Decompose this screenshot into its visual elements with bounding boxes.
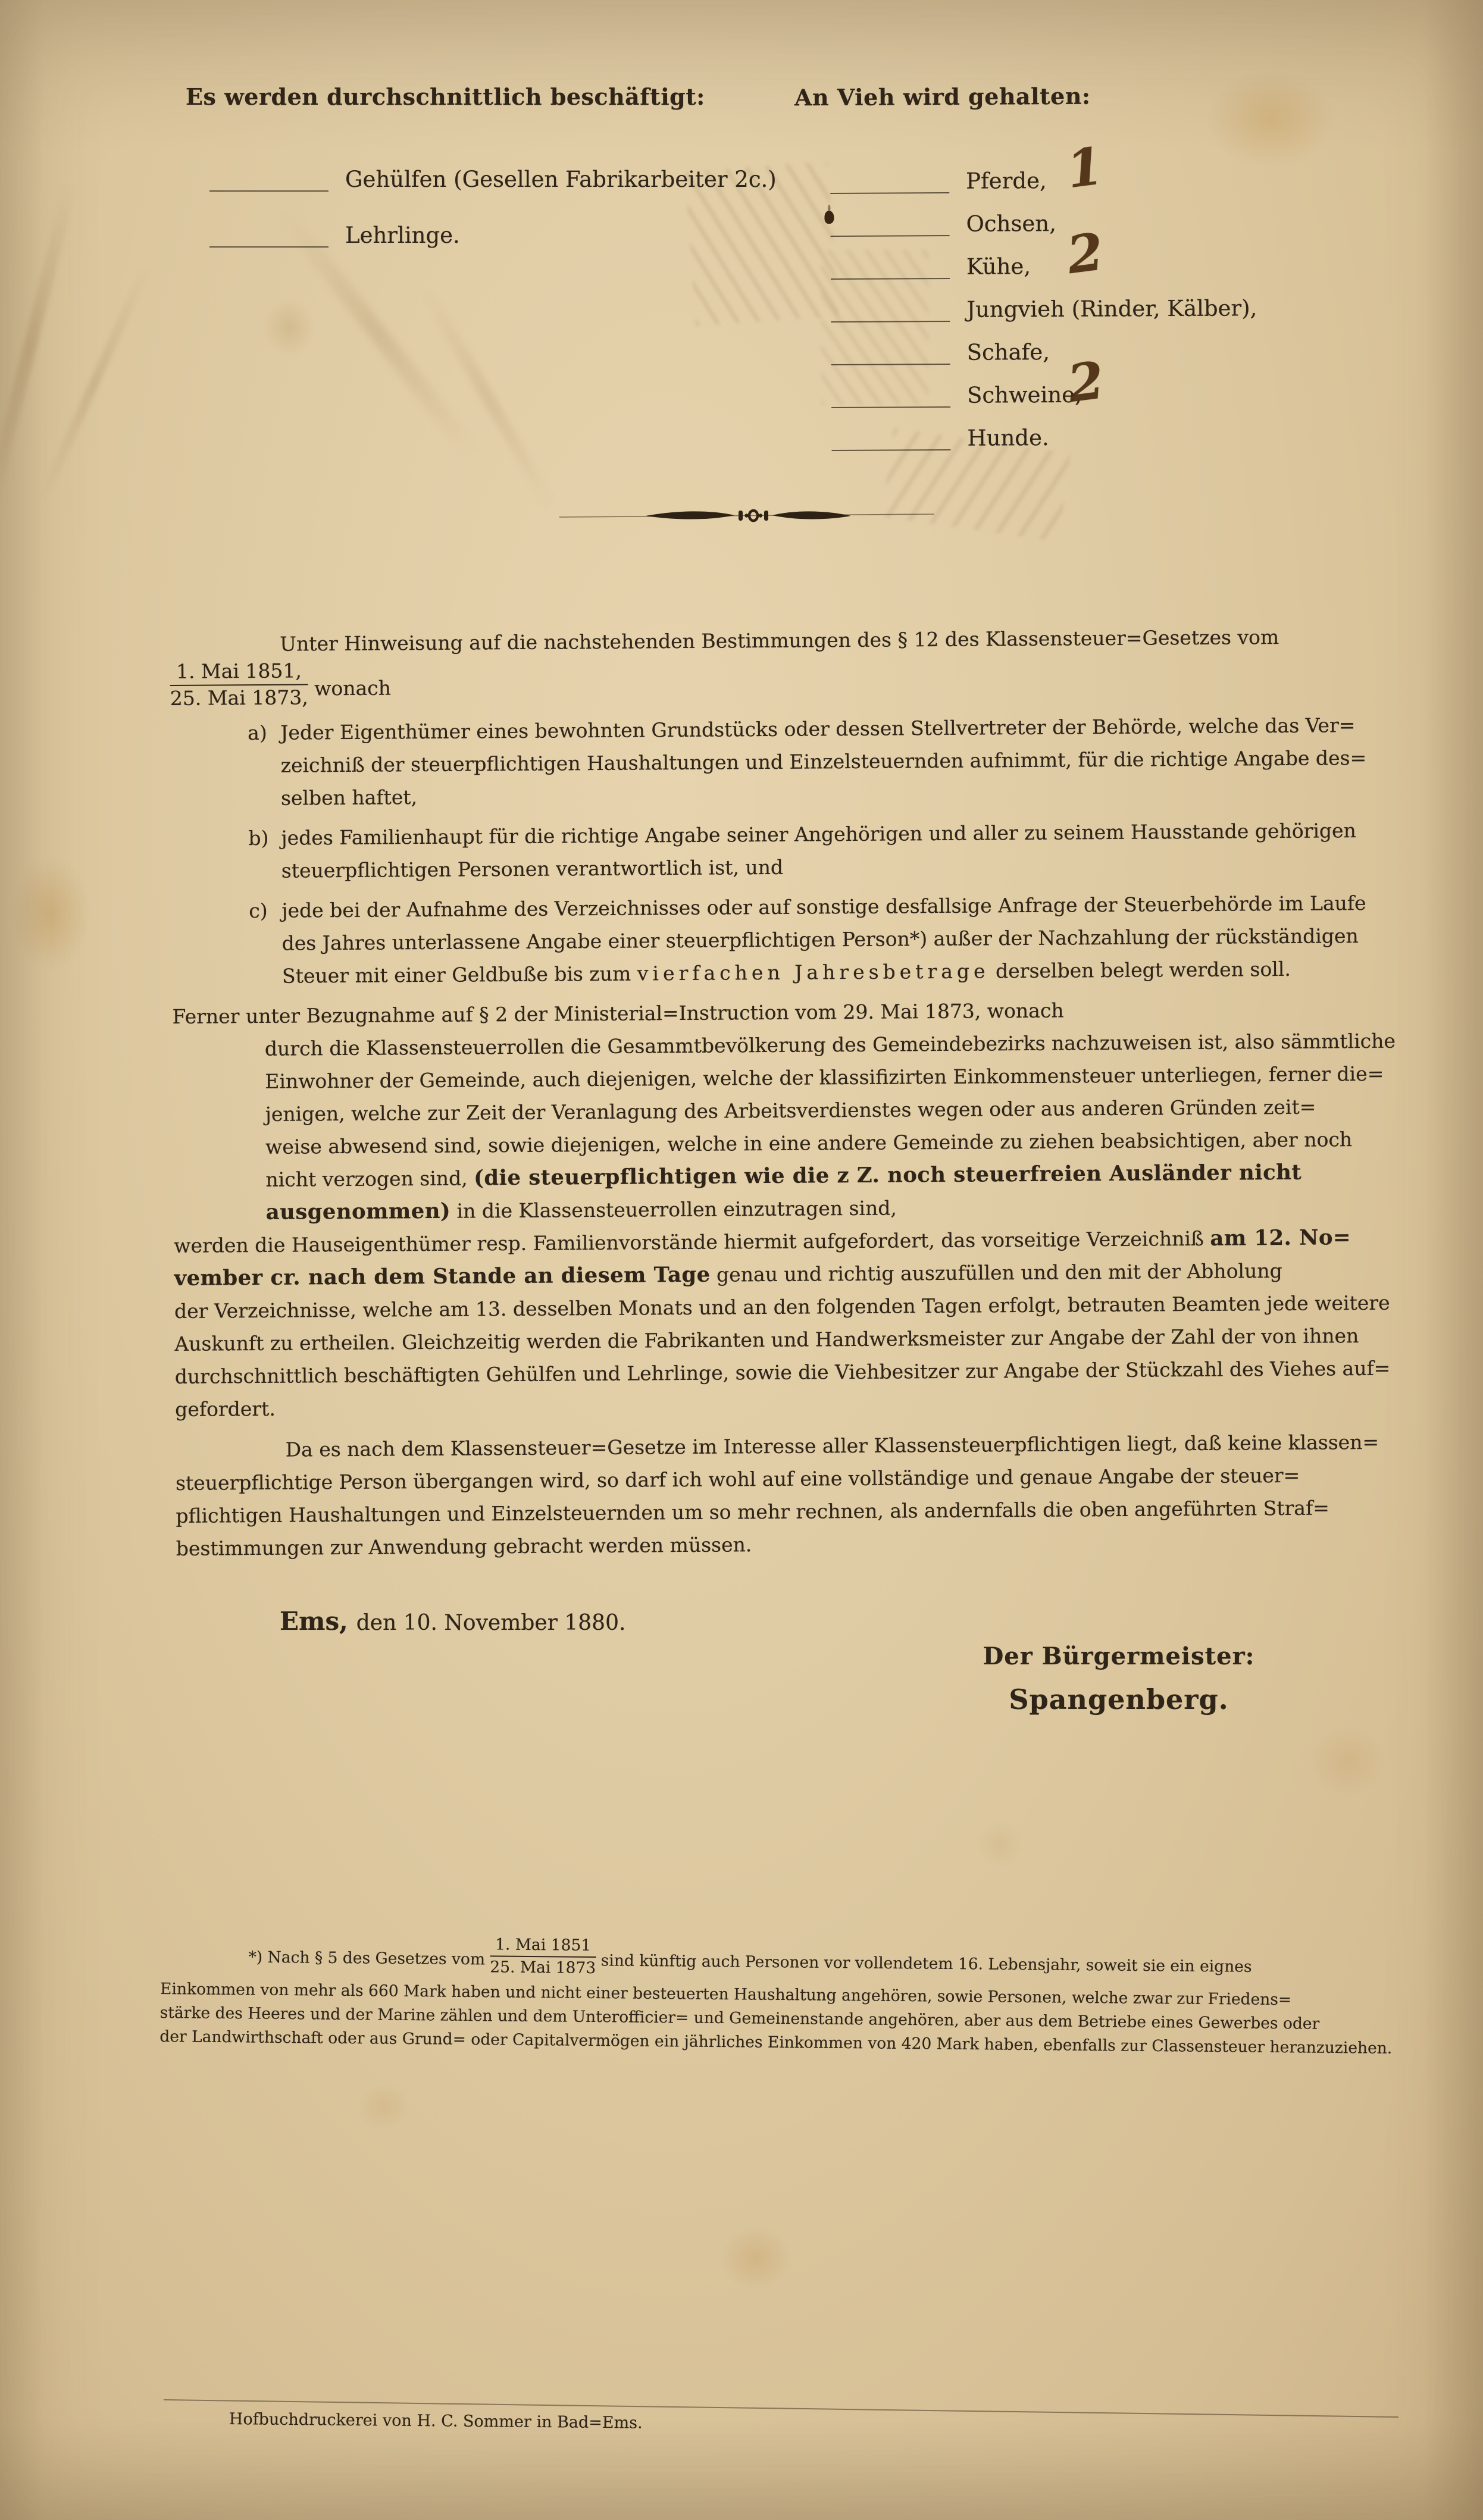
text-line: 1. Mai 1851,25. Mai 1873, wonach [170, 652, 1432, 710]
text-segment: Einwohner der Gemeinde, auch diejenigen,… [265, 1062, 1384, 1093]
text-segment: am 12. No= [1210, 1225, 1351, 1251]
text-segment: Da es nach dem Klassensteuer=Gesetze im … [286, 1430, 1379, 1461]
paper-stain [262, 298, 315, 357]
text-segment: weise abwesend sind, sowie diejenigen, w… [265, 1128, 1352, 1159]
form-entry: Jungvieh (Rinder, Kälber), [831, 290, 1257, 323]
paper-stain [1309, 1726, 1387, 1797]
text-segment: des Jahres unterlassene Angabe einer ste… [282, 924, 1359, 955]
text-segment: der Verzeichnisse, welche am 13. desselb… [174, 1291, 1390, 1323]
form-entry: Schweine,2 [831, 377, 1082, 408]
paragraph: Unter Hinweisung auf die nachstehenden B… [170, 619, 1432, 710]
text-segment: derselben belegt werden soll. [989, 957, 1291, 983]
text-segment: *) Nach § 5 des Gesetzes vom [248, 1948, 490, 1969]
date-line: Ems,den 10. November 1880. [280, 1607, 625, 1636]
text-segment: vember cr. nach dem Stande an diesem Tag… [174, 1263, 710, 1291]
text-segment: zeichniß der steuerpflichtigen Haushaltu… [280, 746, 1366, 777]
text-segment: selben haftet, [281, 785, 417, 810]
fill-in-line [209, 170, 328, 192]
place-name: Ems, [280, 1607, 348, 1636]
text-segment: nicht verzogen sind, [265, 1166, 474, 1191]
text-segment: steuerpflichtige Person übergangen wird,… [176, 1464, 1300, 1495]
paper-stain [720, 2225, 791, 2291]
text-line: *) Nach § 5 des Gesetzes vom 1. Mai 1851… [160, 1933, 1446, 1985]
text-segment: Steuer mit einer Geldbuße bis zum [282, 962, 637, 987]
entry-label: Lehrlinge. [345, 224, 460, 248]
fill-in-line [831, 386, 950, 408]
paper-stain [12, 857, 89, 970]
paper-stain [357, 2083, 411, 2130]
text-segment: pflichtigen Haushaltungen und Einzelsteu… [176, 1496, 1329, 1527]
text-segment: vierfachen Jahresbetrage [637, 959, 990, 985]
document-page: Es werden durchschnittlich beschäftigt: … [0, 0, 1483, 2520]
entry-label: Schafe, [967, 341, 1050, 365]
text-segment: wonach [308, 677, 392, 700]
handwritten-value: 1 [1064, 140, 1106, 196]
fill-in-line [830, 172, 949, 194]
text-segment: steuerpflichtigen Personen verantwortlic… [281, 856, 784, 882]
text-segment: Unter Hinweisung auf die nachstehenden B… [280, 625, 1279, 656]
footnote-lines: *) Nach § 5 des Gesetzes vom 1. Mai 1851… [159, 1933, 1446, 2061]
signer-name: Spangenberg. [964, 1683, 1274, 1716]
text-segment: bestimmungen zur Anwendung gebracht werd… [176, 1533, 752, 1560]
ink-blot [824, 211, 834, 224]
date-fraction: 1. Mai 1851,25. Mai 1873, [170, 660, 308, 710]
item-marker: c) [249, 894, 268, 927]
text-segment: in die Klassensteuerrollen einzutragen s… [450, 1196, 897, 1222]
text-segment: jenigen, welche zur Zeit der Veranlagung… [265, 1095, 1316, 1125]
fill-in-line [831, 258, 950, 280]
form-entry: Ochsen, [830, 206, 1056, 237]
livestock-section-heading: An Vieh wird gehalten: [794, 83, 1091, 111]
fill-in-line [831, 300, 950, 323]
date-text: den 10. November 1880. [356, 1611, 626, 1635]
text-segment: durch die Klassensteuerrollen die Gesamm… [265, 1029, 1396, 1060]
entry-label: Schweine, [967, 384, 1082, 408]
text-segment: jede bei der Aufnahme des Verzeichnisses… [281, 891, 1366, 922]
text-segment: Auskunft zu ertheilen. Gleichzeitig werd… [174, 1324, 1359, 1356]
entry-label: Gehülfen (Gesellen Fabrikarbeiter 2c.) [345, 168, 777, 192]
form-entry: Gehülfen (Gesellen Fabrikarbeiter 2c.) [209, 162, 777, 192]
entry-label: Pferde, [966, 170, 1047, 193]
text-segment: jedes Familienhaupt für die richtige Ang… [281, 819, 1356, 850]
text-segment: Jeder Eigenthümer eines bewohnten Grunds… [280, 713, 1355, 744]
item-marker: b) [248, 822, 268, 854]
bleed-through-mark [0, 182, 77, 509]
form-entry: Lehrlinge. [209, 218, 460, 248]
fill-in-line [831, 429, 950, 451]
paragraph: durch die Klassensteuerrollen die Gesamm… [265, 1024, 1435, 1229]
paragraph: Da es nach dem Klassensteuer=Gesetze im … [175, 1425, 1437, 1565]
entry-label: Ochsen, [966, 212, 1056, 236]
bleed-through-mark [420, 287, 556, 511]
text-segment: Ferner unter Bezugnahme auf § 2 der Mini… [172, 998, 1063, 1028]
fraction-top: 1. Mai 1851, [170, 660, 308, 686]
text-segment: ausgenommen) [266, 1199, 451, 1225]
form-entry: Schafe, [831, 334, 1050, 365]
bleed-through-mark [37, 265, 151, 502]
divider-ornament [556, 507, 937, 525]
handwritten-value: 2 [1065, 355, 1107, 410]
form-entry: Pferde,1 [830, 163, 1047, 194]
text-segment: genau und richtig auszufüllen und den mi… [710, 1259, 1282, 1286]
paper-stain [976, 1821, 1024, 1868]
employees-section-heading: Es werden durchschnittlich beschäftigt: [186, 83, 705, 110]
paragraph: a)Jeder Eigenthümer eines bewohnten Grun… [280, 708, 1432, 815]
fill-in-line [831, 343, 950, 365]
paragraph: c)jede bei der Aufnahme des Verzeichniss… [281, 886, 1434, 993]
text-segment: gefordert. [175, 1397, 276, 1421]
text-segment: werden die Hauseigenthümer resp. Familie… [174, 1227, 1210, 1257]
handwritten-value: 2 [1065, 226, 1106, 281]
paragraph: werden die Hauseigenthümer resp. Familie… [174, 1220, 1437, 1426]
fill-in-line [209, 226, 328, 248]
item-marker: a) [248, 716, 267, 749]
footnote: *) Nach § 5 des Gesetzes vom 1. Mai 1851… [159, 1933, 1446, 2061]
body-text: Unter Hinweisung auf die nachstehenden B… [170, 619, 1438, 1565]
fill-in-line [830, 215, 949, 237]
text-segment: sind künftig auch Personen vor vollendet… [596, 1951, 1252, 1976]
text-segment: (die steuerpflichtigen wie die z Z. noch… [474, 1160, 1301, 1191]
fraction-top: 1. Mai 1851 [490, 1936, 596, 1957]
text-segment: durchschnittlich beschäftigten Gehülfen … [175, 1357, 1391, 1388]
entry-label: Hunde. [967, 427, 1049, 450]
entry-label: Kühe, [966, 255, 1031, 278]
fraction-bottom: 25. Mai 1873, [170, 685, 308, 710]
entry-label: Jungvieh (Rinder, Kälber), [966, 297, 1257, 321]
date-fraction: 1. Mai 185125. Mai 1873 [490, 1936, 596, 1977]
signer-role: Der Bürgermeister: [964, 1642, 1274, 1670]
form-entry: Hunde. [831, 420, 1049, 451]
signature-block: Der Bürgermeister: Spangenberg. [964, 1642, 1274, 1716]
form-entry: Kühe,2 [831, 249, 1031, 280]
paper-stain [1208, 71, 1333, 167]
fraction-bottom: 25. Mai 1873 [490, 1956, 596, 1977]
paragraph: b)jedes Familienhaupt für die richtige A… [281, 813, 1433, 887]
printer-imprint: Hofbuchdruckerei von H. C. Sommer in Bad… [229, 2410, 643, 2433]
